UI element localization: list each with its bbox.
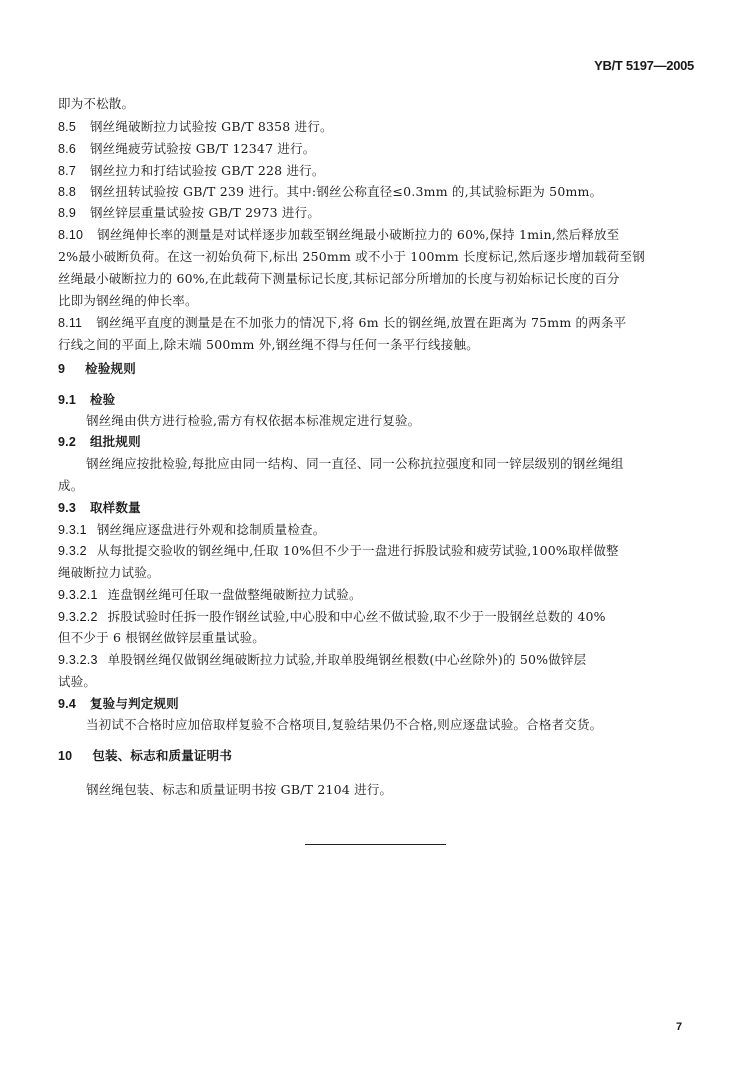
clause-text: 钢丝绳破断拉力试验按 GB/T 8358 进行。 [90, 119, 333, 134]
clause-number: 9.3.2.2 [58, 610, 98, 624]
paragraph-line: 2%最小破断负荷。在这一初始负荷下,标出 250mm 或不小于 100mm 长度… [58, 247, 645, 265]
clause-text: 试验。 [58, 674, 96, 689]
paragraph-line: 但不少于 6 根钢丝做锌层重量试验。 [58, 628, 265, 646]
section-heading: 9检验规则 [58, 359, 136, 377]
clause-text: 绳破断拉力试验。 [58, 565, 160, 580]
clause-text: 成。 [58, 478, 83, 493]
paragraph-line: 9.3.2.3单股钢丝绳仅做钢丝绳破断拉力试验,并取单股绳钢丝根数(中心丝除外)… [58, 650, 586, 668]
end-rule-divider [305, 844, 446, 845]
clause-text: 拆股试验时任拆一股作钢丝试验,中心股和中心丝不做试验,取不少于一股钢丝总数的 4… [108, 609, 606, 624]
section-heading: 9.2组批规则 [58, 432, 141, 450]
section-heading: 10包装、标志和质量证明书 [58, 746, 232, 764]
clause-number: 9.3 [58, 501, 76, 515]
clause-number: 9.3.2.1 [58, 588, 98, 602]
paragraph-line: 9.3.2从每批提交验收的钢丝绳中,任取 10%但不少于一盘进行拆股试验和疲劳试… [58, 541, 619, 559]
clause-text: 组批规则 [90, 434, 141, 449]
paragraph-line: 8.10钢丝绳伸长率的测量是对试样逐步加载至钢丝绳最小破断拉力的 60%,保持 … [58, 225, 619, 243]
paragraph-line: 成。 [58, 476, 83, 494]
paragraph-line: 8.6钢丝绳疲劳试验按 GB/T 12347 进行。 [58, 139, 316, 157]
paragraph-line: 钢丝绳包装、标志和质量证明书按 GB/T 2104 进行。 [86, 780, 392, 798]
paragraph-line: 9.3.2.1连盘钢丝绳可任取一盘做整绳破断拉力试验。 [58, 585, 362, 603]
clause-number: 9 [58, 362, 65, 376]
clause-number: 8.6 [58, 142, 76, 156]
clause-text: 钢丝绳包装、标志和质量证明书按 GB/T 2104 进行。 [86, 782, 392, 797]
section-heading: 9.4复验与判定规则 [58, 694, 179, 712]
paragraph-line: 8.8钢丝扭转试验按 GB/T 239 进行。其中:钢丝公称直径≤0.3mm 的… [58, 182, 602, 200]
clause-text: 2%最小破断负荷。在这一初始负荷下,标出 250mm 或不小于 100mm 长度… [58, 249, 645, 264]
clause-text: 连盘钢丝绳可任取一盘做整绳破断拉力试验。 [108, 587, 362, 602]
clause-text: 钢丝扭转试验按 GB/T 239 进行。其中:钢丝公称直径≤0.3mm 的,其试… [90, 184, 602, 199]
standard-code: YB/T 5197—2005 [594, 58, 694, 73]
section-heading: 9.1检验 [58, 390, 115, 408]
clause-number: 8.5 [58, 120, 76, 134]
clause-text: 从每批提交验收的钢丝绳中,任取 10%但不少于一盘进行拆股试验和疲劳试验,100… [97, 543, 619, 558]
clause-text: 包装、标志和质量证明书 [92, 748, 232, 763]
paragraph-line: 8.7钢丝拉力和打结试验按 GB/T 228 进行。 [58, 161, 325, 179]
clause-number: 9.3.2 [58, 544, 87, 558]
clause-text: 比即为钢丝绳的伸长率。 [58, 293, 198, 308]
clause-text: 行线之间的平面上,除末端 500mm 外,钢丝绳不得与任何一条平行线接触。 [58, 337, 479, 352]
clause-number: 8.11 [58, 316, 82, 330]
clause-text: 检验规则 [85, 361, 136, 376]
paragraph-line: 当初试不合格时应加倍取样复验不合格项目,复验结果仍不合格,则应逐盘试验。合格者交… [86, 715, 602, 733]
clause-text: 丝绳最小破断拉力的 60%,在此载荷下测量标记长度,其标记部分所增加的长度与初始… [58, 271, 620, 286]
clause-text: 钢丝绳平直度的测量是在不加张力的情况下,将 6m 长的钢丝绳,放置在距离为 75… [96, 315, 626, 330]
clause-number: 8.9 [58, 206, 76, 220]
clause-number: 9.2 [58, 435, 76, 449]
section-heading: 9.3取样数量 [58, 498, 141, 516]
clause-text: 钢丝绳由供方进行检验,需方有权依据本标准规定进行复验。 [86, 413, 420, 428]
clause-text: 但不少于 6 根钢丝做锌层重量试验。 [58, 630, 265, 645]
clause-number: 10 [58, 749, 72, 763]
clause-number: 8.10 [58, 228, 83, 242]
paragraph-line: 比即为钢丝绳的伸长率。 [58, 291, 198, 309]
clause-text: 钢丝绳疲劳试验按 GB/T 12347 进行。 [90, 141, 316, 156]
clause-text: 钢丝绳伸长率的测量是对试样逐步加载至钢丝绳最小破断拉力的 60%,保持 1min… [97, 227, 619, 242]
paragraph-line: 钢丝绳由供方进行检验,需方有权依据本标准规定进行复验。 [86, 411, 420, 429]
clause-text: 当初试不合格时应加倍取样复验不合格项目,复验结果仍不合格,则应逐盘试验。合格者交… [86, 717, 602, 732]
paragraph-line: 绳破断拉力试验。 [58, 563, 160, 581]
paragraph-line: 试验。 [58, 672, 96, 690]
clause-number: 9.1 [58, 393, 76, 407]
clause-text: 钢丝绳应按批检验,每批应由同一结构、同一直径、同一公称抗拉强度和同一锌层级别的钢… [86, 456, 624, 471]
clause-text: 复验与判定规则 [90, 696, 179, 711]
paragraph-line: 9.3.1钢丝绳应逐盘进行外观和捻制质量检查。 [58, 520, 325, 538]
paragraph-line: 8.5钢丝绳破断拉力试验按 GB/T 8358 进行。 [58, 117, 333, 135]
clause-text: 钢丝锌层重量试验按 GB/T 2973 进行。 [90, 205, 320, 220]
clause-text: 单股钢丝绳仅做钢丝绳破断拉力试验,并取单股绳钢丝根数(中心丝除外)的 50%做锌… [108, 652, 587, 667]
paragraph-line: 8.11钢丝绳平直度的测量是在不加张力的情况下,将 6m 长的钢丝绳,放置在距离… [58, 313, 626, 331]
clause-number: 9.3.1 [58, 523, 87, 537]
clause-number: 9.3.2.3 [58, 653, 98, 667]
clause-text: 钢丝拉力和打结试验按 GB/T 228 进行。 [90, 163, 325, 178]
clause-number: 8.7 [58, 164, 76, 178]
clause-number: 8.8 [58, 185, 76, 199]
paragraph-line: 8.9钢丝锌层重量试验按 GB/T 2973 进行。 [58, 203, 320, 221]
paragraph-line: 钢丝绳应按批检验,每批应由同一结构、同一直径、同一公称抗拉强度和同一锌层级别的钢… [86, 454, 624, 472]
paragraph-line: 丝绳最小破断拉力的 60%,在此载荷下测量标记长度,其标记部分所增加的长度与初始… [58, 269, 620, 287]
paragraph-line: 行线之间的平面上,除末端 500mm 外,钢丝绳不得与任何一条平行线接触。 [58, 335, 479, 353]
paragraph-line: 9.3.2.2拆股试验时任拆一股作钢丝试验,中心股和中心丝不做试验,取不少于一股… [58, 607, 606, 625]
page-number: 7 [676, 1021, 682, 1033]
clause-text: 取样数量 [90, 500, 141, 515]
clause-text: 检验 [90, 392, 115, 407]
paragraph-line: 即为不松散。 [58, 94, 134, 112]
clause-number: 9.4 [58, 697, 76, 711]
clause-text: 钢丝绳应逐盘进行外观和捻制质量检查。 [97, 522, 326, 537]
clause-text: 即为不松散。 [58, 96, 134, 111]
